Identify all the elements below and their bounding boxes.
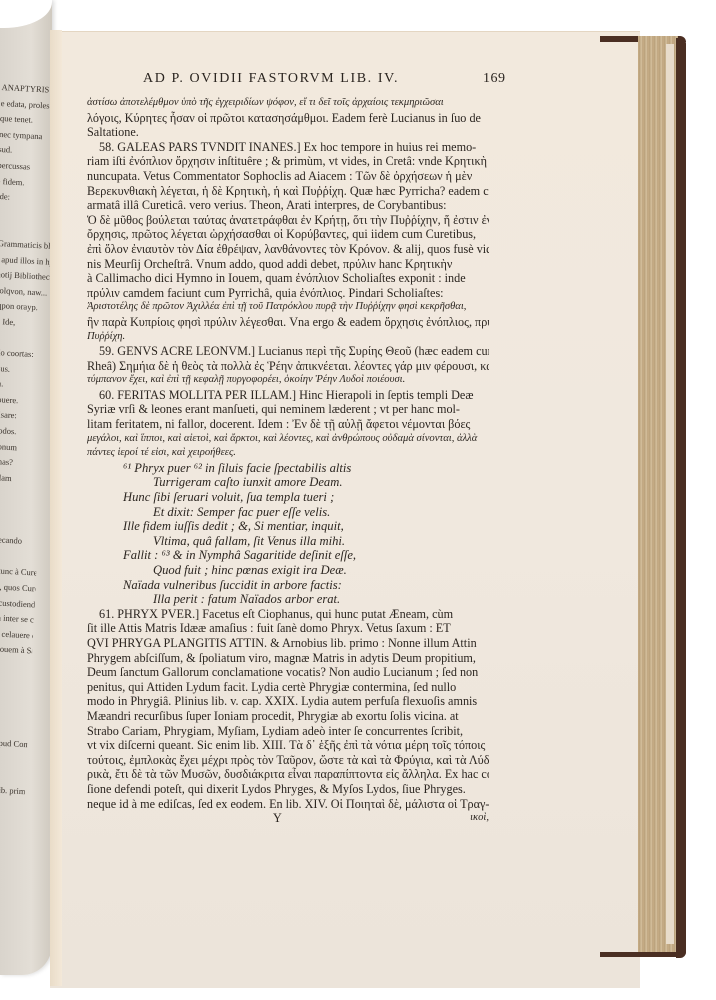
verse-line: Vltima, quâ fallam, ſit Venus illa mihi. [87, 534, 489, 549]
verse-line: Turrigeram caſto iunxit amore Deam. [87, 475, 489, 490]
left-margin-line: edit? [0, 516, 39, 535]
verse-line: Illa perit : fatum Naïados arbor erat. [87, 592, 489, 607]
text-line: à Callimacho dici Hymno in Iouem, quam ἐ… [87, 271, 489, 286]
left-margin-line: ... [0, 703, 29, 722]
left-margin-line: tendi? [0, 500, 40, 519]
commentary-section-2: 61. PHRYX PVER.] Facetus eſt Ciophanus, … [87, 607, 489, 811]
text-line: ἣν παρὰ Κυπρίοις φησὶ πρύλιν λέγεσθαι. V… [87, 315, 489, 330]
left-margin-line: ade: [0, 189, 52, 208]
text-line: Ὁ δὲ μῦθος βούλεται ταύτας ἀνατετράφθαι … [87, 213, 489, 228]
left-margin-line: r opus. [0, 360, 47, 379]
text-line: Πυῤῥίχη. [87, 330, 489, 345]
text-line: ἐπὶ ὅλον ἐνιαυτὸν τὸν Δία ἐθρέψαν, λανθά… [87, 242, 489, 257]
left-margin-line: s comas? [0, 454, 42, 473]
left-margin-line: opus. [0, 547, 37, 566]
page-text-block: AD P. OVIDII FASTORVM LIB. IV. 169 ἀστίσ… [87, 72, 489, 826]
left-margin-line: e, modos. [0, 423, 44, 442]
verse-line: Et dixit: Semper fac puer eſſe velis. [87, 505, 489, 520]
text-line: ſit ille Attis Matris Idææ amaſius : fui… [87, 621, 489, 636]
left-margin-line: per illam [0, 469, 42, 488]
left-margin-line: abra secando [0, 532, 38, 551]
left-margin-line: ofitione celauere curre [0, 625, 33, 644]
page-edge-inner [666, 44, 674, 944]
signature-mark: Y [273, 811, 282, 825]
left-margin-line: ... [0, 812, 24, 831]
verse-line: Naïada vulneribus ſuccidit in arbore fac… [87, 578, 489, 593]
text-line: neque id à me ediſcas, ſed ex eodem. En … [87, 797, 489, 812]
text-line: Strabo Cariam, Phrygiam, Myſiam, Lydiam … [87, 724, 489, 739]
text-line: nuncupata. Vetus Commentator Sophoclis a… [87, 169, 489, 184]
text-line: QVI PHRYGA PLANGITIS ATTIN. & Arnobius l… [87, 636, 489, 651]
left-margin-line: ... [0, 687, 30, 706]
left-margin-line: lis enim inter se conc [0, 609, 34, 628]
left-margin-line: Firmicio lib. primo [0, 781, 25, 800]
left-margin-line [0, 765, 26, 784]
commentary-section-1: ἀστίσω ἀποτελέμθμον ὑπὸ τῆς ἐγχειριδίων … [87, 96, 489, 461]
text-line: vt vix diſcerni queant. Sic enim lib. XI… [87, 738, 489, 753]
left-margin-line: historia apud Compag [0, 734, 28, 753]
left-page: ANAPTYRIS e edata, prolesque tenet.nec t… [0, 0, 52, 975]
verse-line: ⁶¹ Phryx puer ⁶² in ſiluis facie ſpectab… [87, 461, 489, 476]
text-line: ἀστίσω ἀποτελέμθμον ὑπὸ τῆς ἐγχειριδίων … [87, 96, 489, 111]
text-line: Deum ſanctum Gallorum conclamatione voca… [87, 665, 489, 680]
binding-bottom [600, 952, 686, 957]
page-number: 169 [483, 72, 506, 87]
catchword: ικοὶ, [470, 811, 489, 826]
text-line: nis Meurſij Orcheſtrâ. Vnum addo, quod a… [87, 257, 489, 272]
left-margin-line: Phrylis, quos Curetas [0, 578, 36, 597]
left-margin-line: undo coortas: [0, 345, 48, 364]
left-margin-line: ... [0, 796, 24, 815]
verse-line: Hunc ſibi ſeruari voluit, ſua templa tue… [87, 490, 489, 505]
text-line: Mæandri recurſibus ſuper Ioniam procedit… [87, 709, 489, 724]
text-line: τούτοις, ἐμπλοκὰς ἔχει μέχρι πρὸς τὸν Τα… [87, 753, 489, 768]
binding [676, 38, 686, 958]
text-line: Βερεκυνθιακὴ λέγεται, ἡ δὲ Κρητικὴ, ἡ κα… [87, 184, 489, 199]
left-margin-line: sus Ide, [0, 314, 50, 333]
text-line: Saltatione. [87, 125, 489, 140]
text-line: ὄρχησις, πρῶτος λέγεται ὠρχήσασθαι οἱ Κο… [87, 227, 489, 242]
verse-line: Quod fuit ; hinc pœnas exigit ira Deæ. [87, 563, 489, 578]
left-margin-line: ... [0, 672, 31, 691]
text-line: litam feritatem, ni fallor, docerent. Id… [87, 417, 489, 432]
verse-line: Fallit : ⁶³ & in Nymphâ Sagaritide deſin… [87, 548, 489, 563]
left-margin-line: Iouem custodiendo, [0, 594, 35, 613]
left-page-curl [0, 0, 52, 28]
verse-quotation: ⁶¹ Phryx puer ⁶² in ſiluis facie ſpectab… [87, 461, 489, 607]
text-line: ρικὰ, ἔτι δὲ τὰ τῶν Μυσῶν, δυσδιάκριτα ε… [87, 767, 489, 782]
text-line: armatâ illâ Cureticâ. vero verius. Theon… [87, 198, 489, 213]
text-line: modo in Phrygiâ. Plinius lib. v. cap. XX… [87, 694, 489, 709]
left-margin-line: n est. [0, 485, 41, 504]
text-line: Syriæ vrſi & leones erant manſueti, qui … [87, 402, 489, 417]
left-margin-line [0, 718, 28, 737]
left-margin-line: repitu tunc à Curet [0, 563, 37, 582]
text-line: 60. FERITAS MOLLITA PER ILLAM.] Hinc Hie… [87, 388, 489, 403]
text-line: riam iſti ἐνόπλιον ὄρχησιν inſtituêre ; … [87, 154, 489, 169]
text-line: 59. GENVS ACRE LEONVM.] Lucianus περὶ τῆ… [87, 344, 489, 359]
running-head: AD P. OVIDII FASTORVM LIB. IV. 169 [143, 72, 489, 96]
signature-line: Y ικοὶ, [87, 811, 489, 826]
text-line: 58. GALEAS PARS TVNDIT INANES.] Ex hoc t… [87, 140, 489, 155]
text-line: 61. PHRYX PVER.] Facetus eſt Ciophanus, … [87, 607, 489, 622]
text-line: Rheâ) Σημήια δὲ ἡ θεὸς τὰ πολλὰ ἐς Ῥέην … [87, 359, 489, 374]
text-line: Phrygem abſciſſum, & ſpoliatum viro, mag… [87, 651, 489, 666]
text-line: ſione defendi poteſt, qui dixerit Lydos … [87, 782, 489, 797]
left-page-margin-text: ANAPTYRIS e edata, prolesque tenet.nec t… [0, 80, 52, 831]
page-edges [638, 36, 678, 956]
text-line: πάντες ἱεροί τέ εἰσι, καὶ χειροήθεες. [87, 446, 489, 461]
text-line: τύμπανον ἔχει, καὶ ἐπὶ τῇ κεφαλῇ πυργοφο… [87, 373, 489, 388]
text-line: Ἀριστοτέλης δὲ πρῶτον Ἀχιλλέα ἐπὶ τῇ τοῦ… [87, 300, 489, 315]
text-line: πρύλιν camdem faciunt cum Pyrrichâ, quia… [87, 286, 489, 301]
running-head-title: AD P. OVIDII FASTORVM LIB. IV. [143, 71, 399, 86]
left-margin-line: annem Iouem à Sa [0, 641, 33, 660]
gutter [50, 30, 62, 986]
verse-line: Ille fidem iuſſis dedit ; &, Si mentiar,… [87, 519, 489, 534]
text-line: penitus, qui Attiden Lydum facit. Lydia … [87, 680, 489, 695]
text-line: λόγοις, Κύρητες ἦσαν οἱ πρῶτοι κατασησάμ… [87, 111, 489, 126]
text-line: μεγάλοι, καὶ ἵπποι, καὶ αἰετοὶ, καὶ ἄρκτ… [87, 432, 489, 447]
